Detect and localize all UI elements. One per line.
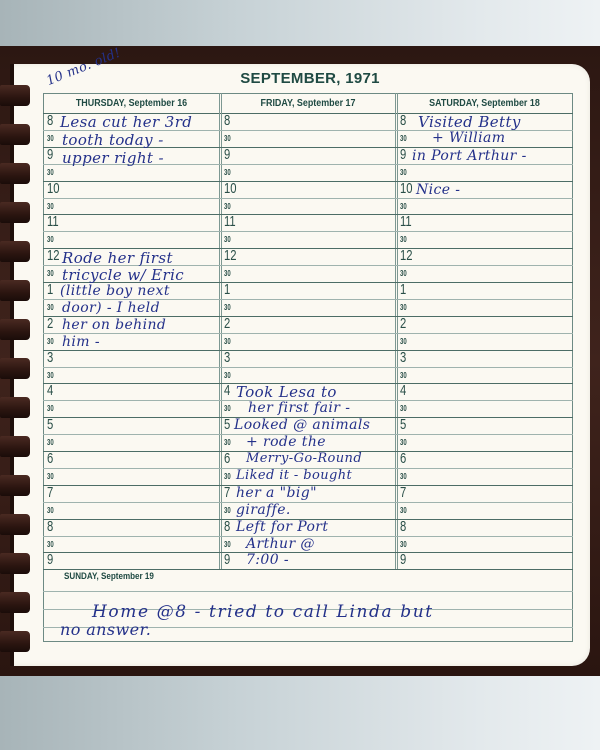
half-hour-label: 30 (400, 540, 407, 549)
hour-label: 10 (400, 180, 413, 197)
hour-label: 5 (47, 416, 53, 433)
entry-line: door) - I held (62, 300, 160, 316)
hour-label: 9 (224, 146, 230, 163)
hour-label: 9 (400, 146, 406, 163)
half-hour-label: 30 (224, 337, 231, 346)
half-hour-label: 30 (224, 506, 231, 515)
hour-label: 11 (400, 213, 412, 230)
hour-label: 4 (400, 382, 406, 399)
hour-label: 7 (400, 484, 406, 501)
hour-label: 7 (47, 484, 53, 501)
hour-label: 8 (224, 518, 230, 535)
half-hour-label: 30 (224, 235, 231, 244)
entry-line: in Port Arthur - (412, 148, 527, 164)
half-hour-label: 30 (47, 134, 54, 143)
spiral-ring (0, 241, 30, 262)
half-hour-label: 30 (400, 371, 407, 380)
spiral-ring (0, 85, 30, 106)
hour-label: 3 (47, 349, 53, 366)
time-row-line (43, 502, 573, 503)
spiral-ring (0, 319, 30, 340)
hour-label: 8 (47, 112, 53, 129)
half-hour-label: 30 (400, 303, 407, 312)
entry-line: Lesa cut her 3rd (60, 113, 192, 131)
half-hour-label: 30 (224, 134, 231, 143)
entry-line: Arthur @ (246, 536, 315, 552)
entry-line: Merry-Go-Round (246, 451, 362, 466)
spiral-ring (0, 436, 30, 457)
hour-label: 5 (400, 416, 406, 433)
entry-line: + rode the (246, 434, 326, 450)
hour-label: 5 (224, 416, 230, 433)
hour-label: 6 (400, 450, 406, 467)
sunday-entry-line: Home @8 - tried to call Linda but (92, 602, 434, 622)
entry-line: giraffe. (236, 502, 291, 518)
half-hour-label: 30 (47, 202, 54, 211)
time-row-line (43, 181, 573, 182)
hour-label: 10 (47, 180, 60, 197)
time-row-line (43, 214, 573, 215)
entry-line: + William (432, 130, 505, 146)
half-hour-label: 30 (224, 303, 231, 312)
half-hour-label: 30 (224, 202, 231, 211)
half-hour-label: 30 (400, 404, 407, 413)
time-row-line (43, 198, 573, 199)
hour-label: 2 (224, 315, 230, 332)
hour-label: 6 (224, 450, 230, 467)
half-hour-label: 30 (400, 472, 407, 481)
entry-line: tricycle w/ Eric (62, 266, 184, 284)
hour-label: 10 (224, 180, 237, 197)
half-hour-label: 30 (47, 472, 54, 481)
half-hour-label: 30 (400, 269, 407, 278)
entry-line: Looked @ animals (234, 417, 370, 433)
half-hour-label: 30 (47, 506, 54, 515)
month-title: SEPTEMBER, 1971 (220, 70, 400, 87)
spiral-ring (0, 280, 30, 301)
hour-label: 12 (47, 247, 60, 264)
half-hour-label: 30 (224, 438, 231, 447)
half-hour-label: 30 (400, 506, 407, 515)
entry-line: Left for Port (236, 519, 328, 535)
hour-label: 4 (224, 382, 230, 399)
half-hour-label: 30 (400, 235, 407, 244)
hour-label: 12 (224, 247, 237, 264)
hour-label: 8 (400, 112, 406, 129)
entry-line: Rode her first (62, 249, 173, 267)
time-row-line (43, 350, 573, 351)
half-hour-label: 30 (47, 337, 54, 346)
hour-label: 1 (47, 281, 53, 298)
half-hour-label: 30 (47, 303, 54, 312)
spiral-ring (0, 592, 30, 613)
half-hour-label: 30 (47, 438, 54, 447)
entry-line: (little boy next (60, 283, 170, 299)
entry-line: her first fair - (248, 400, 350, 416)
half-hour-label: 30 (47, 168, 54, 177)
half-hour-label: 30 (224, 404, 231, 413)
half-hour-label: 30 (224, 269, 231, 278)
spiral-ring (0, 475, 30, 496)
half-hour-label: 30 (400, 202, 407, 211)
spiral-binding (0, 0, 36, 750)
entry-line: Visited Betty (418, 113, 521, 131)
planner-grid (43, 93, 573, 642)
half-hour-label: 30 (47, 235, 54, 244)
hour-label: 9 (47, 551, 53, 568)
hour-label: 12 (400, 247, 413, 264)
half-hour-label: 30 (400, 134, 407, 143)
spiral-ring (0, 631, 30, 652)
time-row-line (43, 552, 573, 553)
hour-label: 8 (47, 518, 53, 535)
spiral-ring (0, 397, 30, 418)
spiral-ring (0, 358, 30, 379)
entry-line: tooth today - (62, 131, 164, 149)
spiral-ring (0, 553, 30, 574)
day-header-friday: FRIDAY, September 17 (233, 93, 383, 113)
hour-label: 6 (47, 450, 53, 467)
sunday-line (43, 591, 573, 592)
half-hour-label: 30 (47, 371, 54, 380)
hour-label: 8 (400, 518, 406, 535)
day-header-sunday: SUNDAY, September 19 (64, 571, 154, 582)
half-hour-label: 30 (400, 438, 407, 447)
hour-label: 2 (47, 315, 53, 332)
hour-label: 1 (400, 281, 406, 298)
entry-line: her a "big" (236, 485, 317, 501)
spiral-ring (0, 514, 30, 535)
entry-line: 7:00 - (246, 552, 289, 568)
entry-line: Nice - (416, 182, 460, 198)
half-hour-label: 30 (224, 168, 231, 177)
half-hour-label: 30 (47, 404, 54, 413)
entry-line: Took Lesa to (236, 383, 337, 401)
hour-label: 3 (224, 349, 230, 366)
spiral-ring (0, 124, 30, 145)
hour-label: 2 (400, 315, 406, 332)
hour-label: 1 (224, 281, 230, 298)
day-header-saturday: SATURDAY, September 18 (409, 93, 559, 113)
half-hour-label: 30 (47, 540, 54, 549)
half-hour-label: 30 (400, 337, 407, 346)
time-row-line (43, 367, 573, 368)
sunday-entry-line: no answer. (60, 620, 151, 639)
half-hour-label: 30 (224, 540, 231, 549)
spiral-ring (0, 202, 30, 223)
half-hour-label: 30 (224, 371, 231, 380)
hour-label: 9 (400, 551, 406, 568)
spiral-ring (0, 163, 30, 184)
hour-label: 11 (224, 213, 236, 230)
entry-line: him - (62, 334, 100, 350)
half-hour-label: 30 (224, 472, 231, 481)
hour-label: 11 (47, 213, 59, 230)
day-header-thursday: THURSDAY, September 16 (56, 93, 206, 113)
hour-label: 9 (47, 146, 53, 163)
hour-label: 3 (400, 349, 406, 366)
entry-line: upper right - (62, 149, 164, 167)
hour-label: 8 (224, 112, 230, 129)
hour-label: 4 (47, 382, 53, 399)
half-hour-label: 30 (400, 168, 407, 177)
entry-line: Liked it - bought (236, 468, 352, 483)
half-hour-label: 30 (47, 269, 54, 278)
hour-label: 9 (224, 551, 230, 568)
entry-line: her on behind (62, 317, 166, 333)
time-row-line (43, 231, 573, 232)
hour-label: 7 (224, 484, 230, 501)
